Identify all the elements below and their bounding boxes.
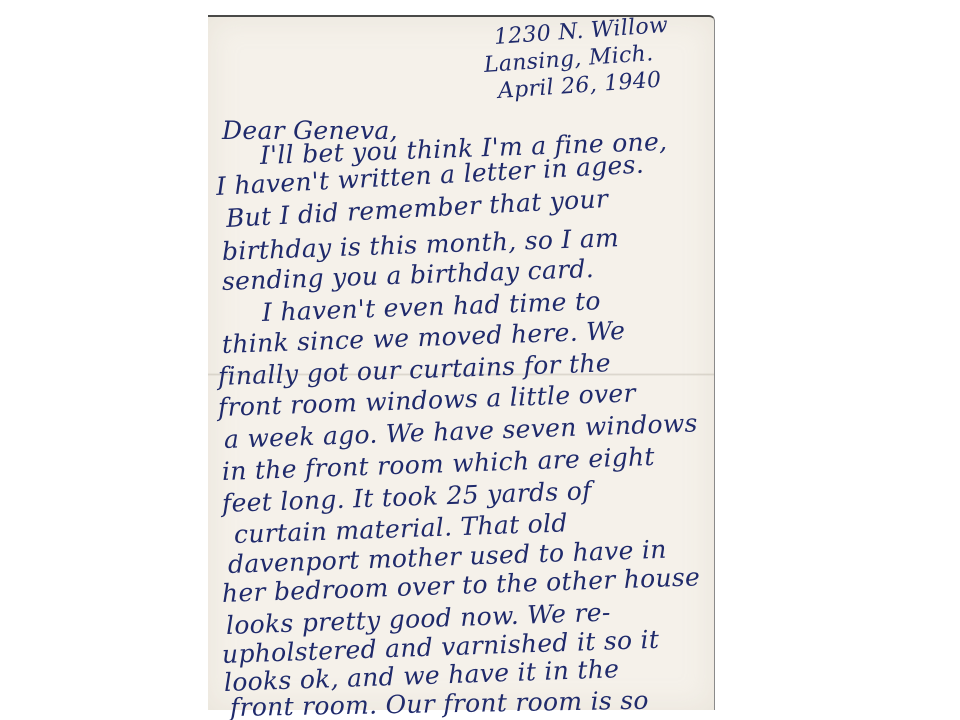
letter-page: 1230 N. Willow Lansing, Mich. April 26, … <box>208 15 715 710</box>
